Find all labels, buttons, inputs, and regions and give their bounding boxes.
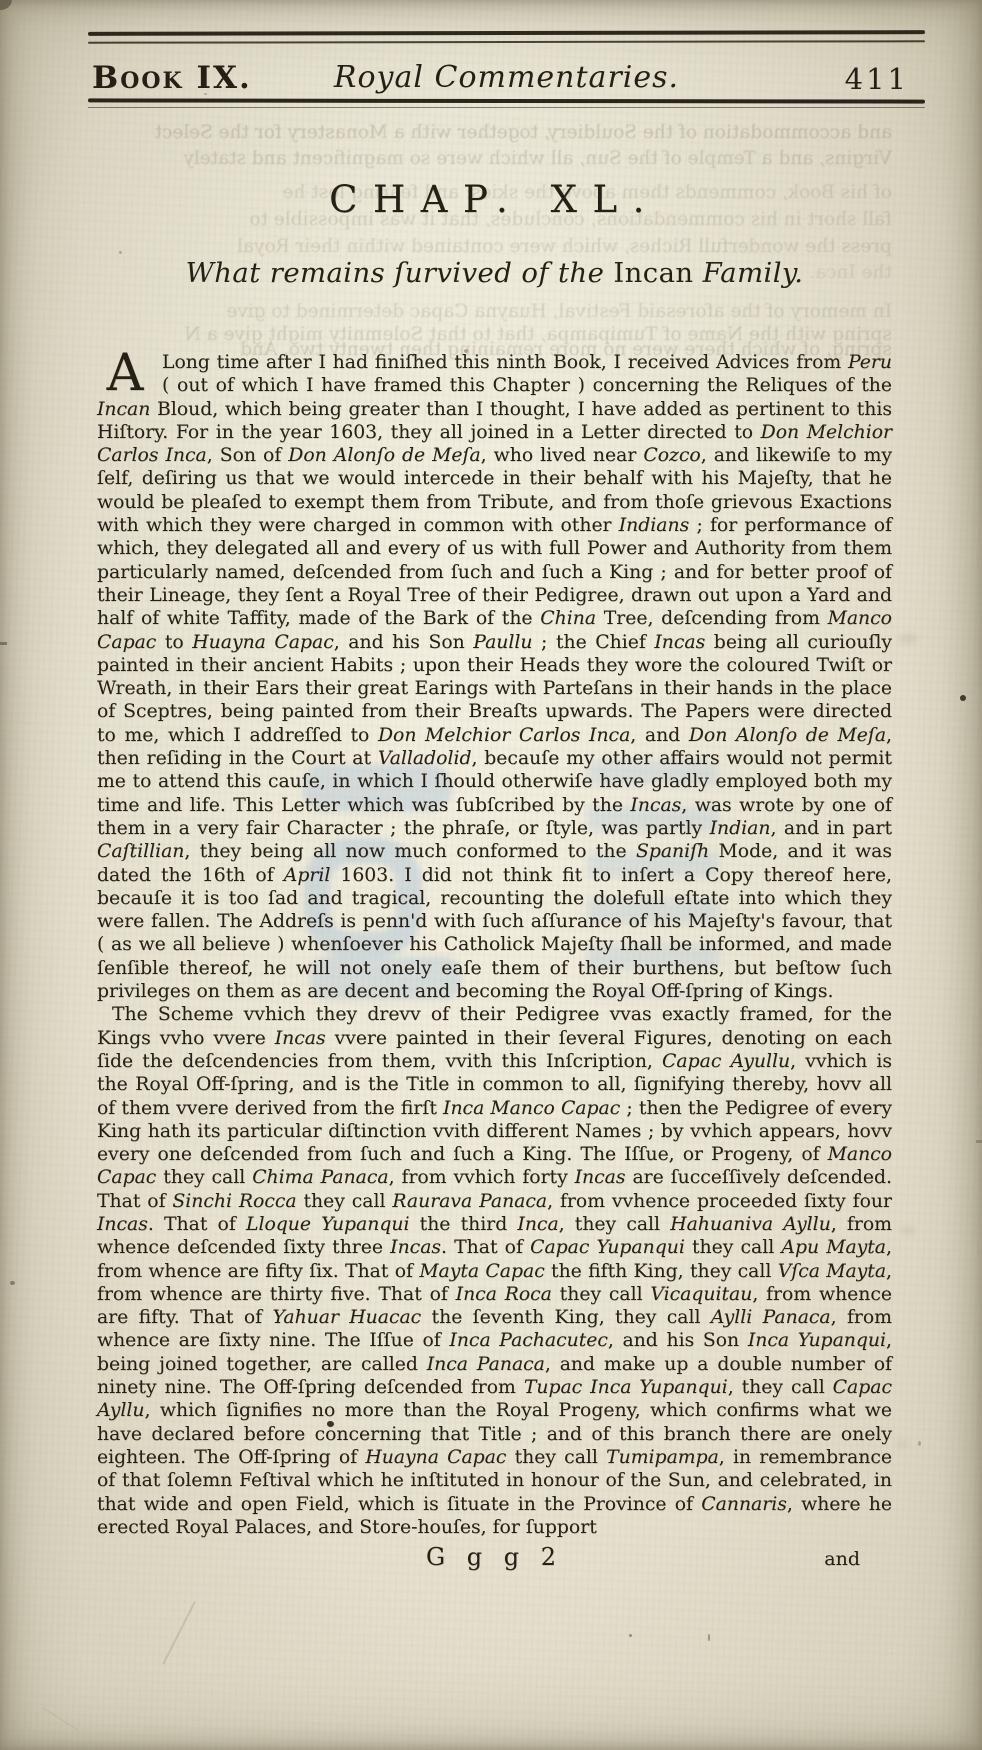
margin-smudge	[900, 1226, 916, 1235]
margin-smudge	[896, 1440, 908, 1448]
ink-speck	[918, 1441, 921, 1446]
header-rule-top-thin	[88, 40, 925, 43]
drop-cap: A	[97, 351, 153, 396]
ink-speck	[119, 251, 122, 254]
margin-smudge	[898, 634, 918, 644]
running-header: Book IX. Royal Commentaries. 411	[88, 58, 925, 102]
bleedthrough-line: press the wonderfull Riches, which were …	[97, 236, 892, 258]
page-edge-mark	[0, 642, 7, 645]
ink-speck	[10, 1281, 15, 1285]
page-edge-mark	[976, 1140, 982, 1143]
chapter-subtitle: What remains ſurvived of the Incan Famil…	[97, 257, 892, 289]
running-title: Royal Commentaries.	[88, 60, 925, 95]
signature-mark: G g g 2	[426, 1543, 563, 1571]
header-rule-bottom-thin	[88, 107, 925, 108]
header-rule-top-thick	[88, 30, 925, 36]
page-number: 411	[845, 62, 909, 96]
paper-scratch	[162, 1601, 196, 1664]
page-foot: G g g 2 and	[97, 1546, 892, 1576]
paragraph: The Scheme vvhich they drevv of their Pe…	[97, 1003, 892, 1539]
ink-speck	[708, 1634, 710, 1641]
bleedthrough-line: In memory of the aforesaid Festival, Hua…	[97, 301, 892, 323]
bleedthrough-line: and accommodation of the Souldiery, toge…	[97, 122, 892, 144]
book-page-scan: and accommodation of the Souldiery, toge…	[0, 0, 982, 1750]
catchword: and	[824, 1548, 860, 1571]
paper-scratch	[42, 1707, 78, 1730]
ink-speck	[629, 1634, 632, 1637]
paragraph: ALong time after I had finiſhed this nin…	[97, 351, 892, 1003]
chapter-heading: CHAP. XL.	[97, 178, 892, 221]
bleedthrough-line: Virgins, and a Temple of the Sun, all wh…	[97, 148, 892, 170]
body-text: ALong time after I had finiſhed this nin…	[97, 351, 892, 1576]
page-corner-mark	[0, 0, 12, 10]
ink-speck	[960, 695, 966, 701]
bleedthrough-line: spring with the Name of Tumipampa, that …	[97, 324, 892, 346]
